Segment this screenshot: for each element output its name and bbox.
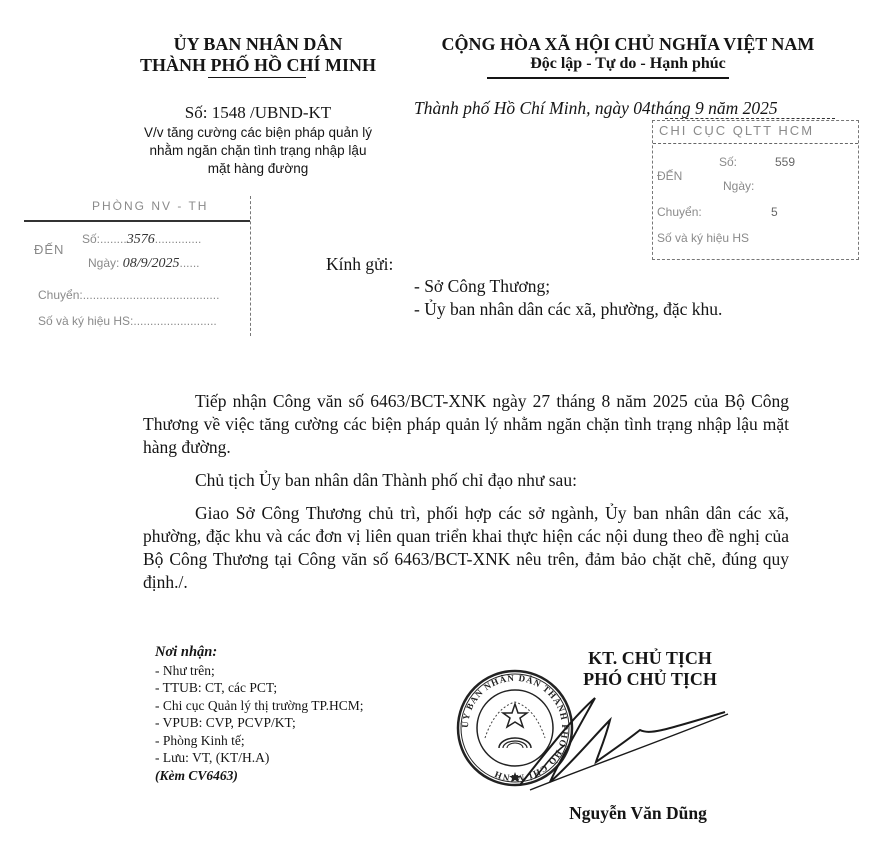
stamp-so-ky-hieu-label: Số và ký hiệu HS: [657, 231, 749, 245]
signer-title-line1: KT. CHỦ TỊCH: [560, 648, 740, 669]
stamp-divider: [653, 143, 858, 144]
distribution-item: - Phòng Kinh tế;: [155, 732, 363, 750]
issuing-org-line1: ỦY BAN NHÂN DÂN: [118, 34, 398, 55]
stamp-header: CHI CỤC QLTT HCM: [659, 123, 814, 138]
stamp-so-label: Số:: [82, 232, 100, 246]
handwritten-signature-icon: [500, 690, 730, 800]
national-title: CỘNG HÒA XÃ HỘI CHỦ NGHĨA VIỆT NAM: [418, 34, 838, 55]
motto-underline: [487, 77, 729, 79]
stamp-so-row: Số:........3576..............: [82, 232, 201, 248]
receipt-stamp-left: PHÒNG NV - TH ĐẾN Số:........3576.......…: [32, 196, 251, 336]
date-dotted-line: [665, 118, 835, 119]
stamp-chuyen-row: Chuyển:.................................…: [38, 288, 219, 302]
stamp-den-label: ĐẾN: [34, 242, 64, 257]
document-body: Tiếp nhận Công văn số 6463/BCT-XNK ngày …: [143, 390, 789, 604]
stamp-so-label: Số:: [719, 155, 737, 169]
receipt-stamp-right: CHI CỤC QLTT HCM ĐẾN Số: 559 Ngày: Chuyể…: [652, 120, 859, 260]
attachment-note: (Kèm CV6463): [155, 767, 363, 785]
stamp-ngay-row: Ngày: 08/9/2025......: [88, 256, 200, 272]
stamp-ngay-value: 08/9/2025: [123, 256, 180, 271]
recipient-item: - Sở Công Thương;: [414, 275, 722, 298]
body-paragraph: Chủ tịch Ủy ban nhân dân Thành phố chỉ đ…: [143, 469, 789, 492]
stamp-so-value: 559: [775, 155, 795, 169]
place-and-date: Thành phố Hồ Chí Minh, ngày 04tháng 9 nă…: [414, 98, 854, 119]
distribution-item: - Chi cục Quản lý thị trường TP.HCM;: [155, 697, 363, 715]
stamp-ngay-label: Ngày:: [723, 179, 754, 193]
national-motto: Độc lập - Tự do - Hạnh phúc: [418, 55, 838, 73]
stamp-ngay-label: Ngày:: [88, 256, 119, 270]
document-subject: V/v tăng cường các biện pháp quản lý nhằ…: [118, 124, 398, 178]
recipients-list: - Sở Công Thương; - Ủy ban nhân dân các …: [414, 275, 722, 321]
stamp-so-ky-hieu-label: Số và ký hiệu HS:: [38, 314, 133, 328]
distribution-item: - Lưu: VT, (KT/H.A): [155, 749, 363, 767]
stamp-chuyen-label: Chuyển:: [657, 205, 702, 219]
distribution-title: Nơi nhận:: [155, 644, 363, 662]
stamp-so-value: 3576: [127, 232, 155, 247]
document-number: Số: 1548 /UBND-KT: [118, 103, 398, 123]
distribution-item: - Như trên;: [155, 662, 363, 680]
stamp-header: PHÒNG NV - TH: [92, 199, 208, 213]
subject-line: nhằm ngăn chặn tình trạng nhập lậu: [118, 142, 398, 160]
recipients-label: Kính gửi:: [326, 254, 393, 275]
body-paragraph: Giao Sở Công Thương chủ trì, phối hợp cá…: [143, 502, 789, 594]
stamp-den-label: ĐẾN: [657, 169, 682, 183]
signer-title-line2: PHÓ CHỦ TỊCH: [555, 669, 745, 690]
stamp-so-ky-hieu-row: Số và ký hiệu HS:.......................…: [38, 314, 217, 328]
stamp-chuyen-label: Chuyển:: [38, 288, 83, 302]
org-underline: [208, 77, 306, 78]
stamp-chuyen-value: 5: [771, 205, 778, 219]
distribution-list: Nơi nhận: - Như trên; - TTUB: CT, các PC…: [155, 644, 363, 784]
body-paragraph: Tiếp nhận Công văn số 6463/BCT-XNK ngày …: [143, 390, 789, 459]
subject-line: V/v tăng cường các biện pháp quản lý: [118, 124, 398, 142]
distribution-item: - TTUB: CT, các PCT;: [155, 679, 363, 697]
distribution-item: - VPUB: CVP, PCVP/KT;: [155, 714, 363, 732]
signer-name: Nguyễn Văn Dũng: [548, 803, 728, 824]
issuing-org-line2: THÀNH PHỐ HỒ CHÍ MINH: [118, 55, 398, 76]
stamp-divider: [24, 220, 250, 222]
recipient-item: - Ủy ban nhân dân các xã, phường, đặc kh…: [414, 298, 722, 321]
subject-line: mặt hàng đường: [118, 160, 398, 178]
